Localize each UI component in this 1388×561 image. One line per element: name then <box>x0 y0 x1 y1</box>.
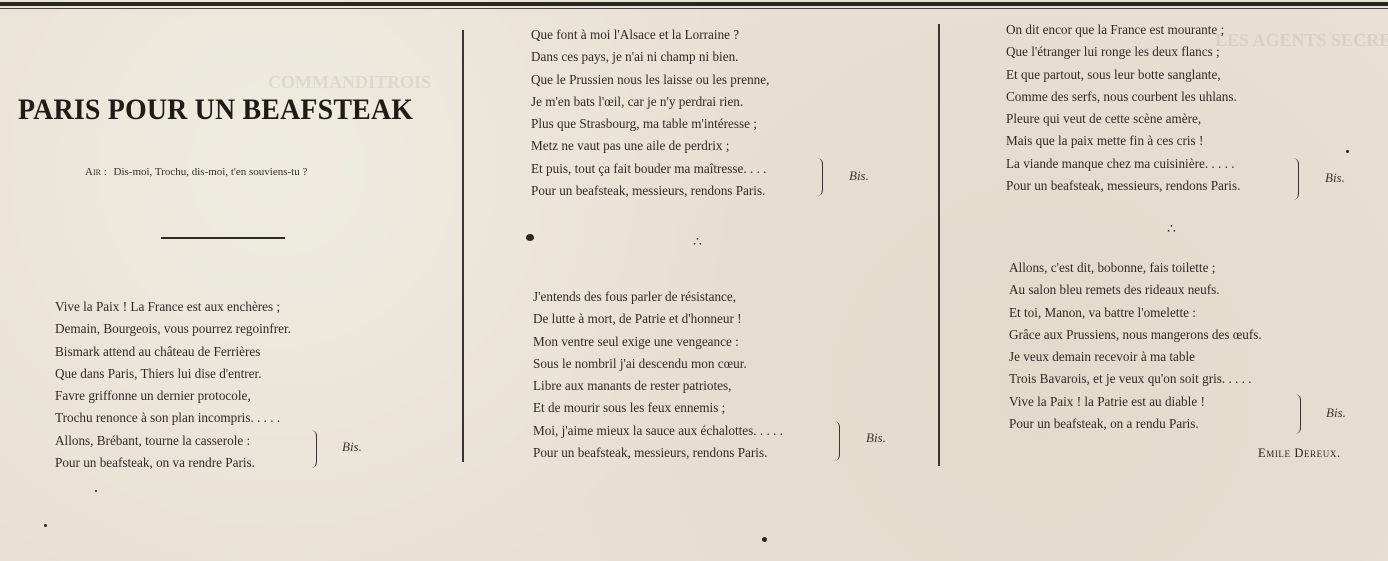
stanza-separator: ∴ <box>693 234 703 250</box>
bis-mark: Bis. <box>866 430 886 446</box>
verse-line: Trochu renonce à son plan incompris. . .… <box>55 407 291 429</box>
verse-line: Et de mourir sous les feux ennemis ; <box>533 397 783 419</box>
verse-line: Et puis, tout ça fait bouder ma maîtress… <box>531 158 769 180</box>
ink-speck <box>95 490 97 492</box>
verse-line: Metz ne vaut pas une aile de perdrix ; <box>531 135 769 157</box>
ink-speck <box>1346 150 1349 153</box>
verse-line: Sous le nombril j'ai descendu mon cœur. <box>533 353 783 375</box>
verse-line: Moi, j'aime mieux la sauce aux échalotte… <box>533 420 783 442</box>
stanza-5: Allons, c'est dit, bobonne, fais toilett… <box>1009 257 1262 435</box>
verse-line: Je m'en bats l'œil, car je n'y perdrai r… <box>531 91 769 113</box>
verse-line: Favre griffonne un dernier protocole, <box>55 385 291 407</box>
verse-line: J'entends des fous parler de résistance, <box>533 286 783 308</box>
verse-line: Et que partout, sous leur botte sanglant… <box>1006 64 1240 86</box>
verse-line: Grâce aux Prussiens, nous mangerons des … <box>1009 324 1262 346</box>
verse-line: Dans ces pays, je n'ai ni champ ni bien. <box>531 46 769 68</box>
refrain-brace <box>1292 394 1301 434</box>
stanza-2: Que font à moi l'Alsace et la Lorraine ?… <box>531 24 769 202</box>
verse-line: Je veux demain recevoir à ma table <box>1009 346 1262 368</box>
verse-line: Libre aux manants de rester patriotes, <box>533 375 783 397</box>
top-border-thin-rule <box>0 8 1388 9</box>
ink-speck <box>762 537 767 542</box>
verse-line: Que l'étranger lui ronge les deux flancs… <box>1006 41 1240 63</box>
verse-line: Vive la Paix ! La France est aux enchère… <box>55 296 291 318</box>
author-signature: Emile Dereux. <box>1258 446 1341 461</box>
verse-line: Plus que Strasbourg, ma table m'intéress… <box>531 113 769 135</box>
stanza-1: Vive la Paix ! La France est aux enchère… <box>55 296 291 474</box>
stanza-3: J'entends des fous parler de résistance,… <box>533 286 783 464</box>
verse-line: Que font à moi l'Alsace et la Lorraine ? <box>531 24 769 46</box>
bleed-through-text: COMMANDITROIS <box>268 72 431 93</box>
verse-line: Comme des serfs, nous courbent les uhlan… <box>1006 86 1240 108</box>
verse-line: Pour un beafsteak, on va rendre Paris. <box>55 452 291 474</box>
verse-line: Au salon bleu remets des rideaux neufs. <box>1009 279 1262 301</box>
column-divider-2 <box>938 24 940 466</box>
verse-line: Pour un beafsteak, on a rendu Paris. <box>1009 413 1262 435</box>
air-line: Air : Dis-moi, Trochu, dis-moi, t'en sou… <box>85 166 307 178</box>
verse-line: Que dans Paris, Thiers lui dise d'entrer… <box>55 363 291 385</box>
refrain-brace <box>814 158 823 196</box>
verse-line: Pour un beafsteak, messieurs, rendons Pa… <box>1006 175 1240 197</box>
title-rule <box>161 237 285 239</box>
verse-line: Demain, Bourgeois, vous pourrez regoinfr… <box>55 318 291 340</box>
verse-line: Allons, Brébant, tourne la casserole : <box>55 430 291 452</box>
bis-mark: Bis. <box>1326 405 1346 421</box>
stanza-4: On dit encor que la France est mourante … <box>1006 19 1240 197</box>
ink-speck <box>526 234 534 241</box>
verse-line: Mon ventre seul exige une vengeance : <box>533 331 783 353</box>
verse-line: Vive la Paix ! la Patrie est au diable ! <box>1009 391 1262 413</box>
verse-line: Pleure qui veut de cette scène amère, <box>1006 108 1240 130</box>
verse-line: La viande manque chez ma cuisinière. . .… <box>1006 153 1240 175</box>
ink-speck <box>44 524 47 527</box>
refrain-brace <box>831 421 840 461</box>
column-divider-1 <box>462 30 464 462</box>
refrain-brace <box>1290 158 1299 200</box>
bleed-through-text: LES AGENTS SECRETS <box>1215 30 1388 51</box>
verse-line: Pour un beafsteak, messieurs, rendons Pa… <box>533 442 783 464</box>
verse-line: Mais que la paix mette fin à ces cris ! <box>1006 130 1240 152</box>
verse-line: Et toi, Manon, va battre l'omelette : <box>1009 302 1262 324</box>
verse-line: Allons, c'est dit, bobonne, fais toilett… <box>1009 257 1262 279</box>
verse-line: Trois Bavarois, et je veux qu'on soit gr… <box>1009 368 1262 390</box>
bis-mark: Bis. <box>1325 170 1345 186</box>
verse-line: Que le Prussien nous les laisse ou les p… <box>531 69 769 91</box>
top-border-rule <box>0 2 1388 6</box>
verse-line: Bismark attend au château de Ferrières <box>55 341 291 363</box>
stanza-separator: ∴ <box>1167 221 1177 237</box>
bis-mark: Bis. <box>342 439 362 455</box>
refrain-brace <box>308 430 317 468</box>
verse-line: De lutte à mort, de Patrie et d'honneur … <box>533 308 783 330</box>
air-tune: Dis-moi, Trochu, dis-moi, t'en souviens-… <box>114 166 308 178</box>
verse-line: On dit encor que la France est mourante … <box>1006 19 1240 41</box>
air-label: Air : <box>85 166 107 178</box>
bis-mark: Bis. <box>849 168 869 184</box>
poem-title: PARIS POUR UN BEAFSTEAK <box>18 93 413 127</box>
verse-line: Pour un beafsteak, messieurs, rendons Pa… <box>531 180 769 202</box>
